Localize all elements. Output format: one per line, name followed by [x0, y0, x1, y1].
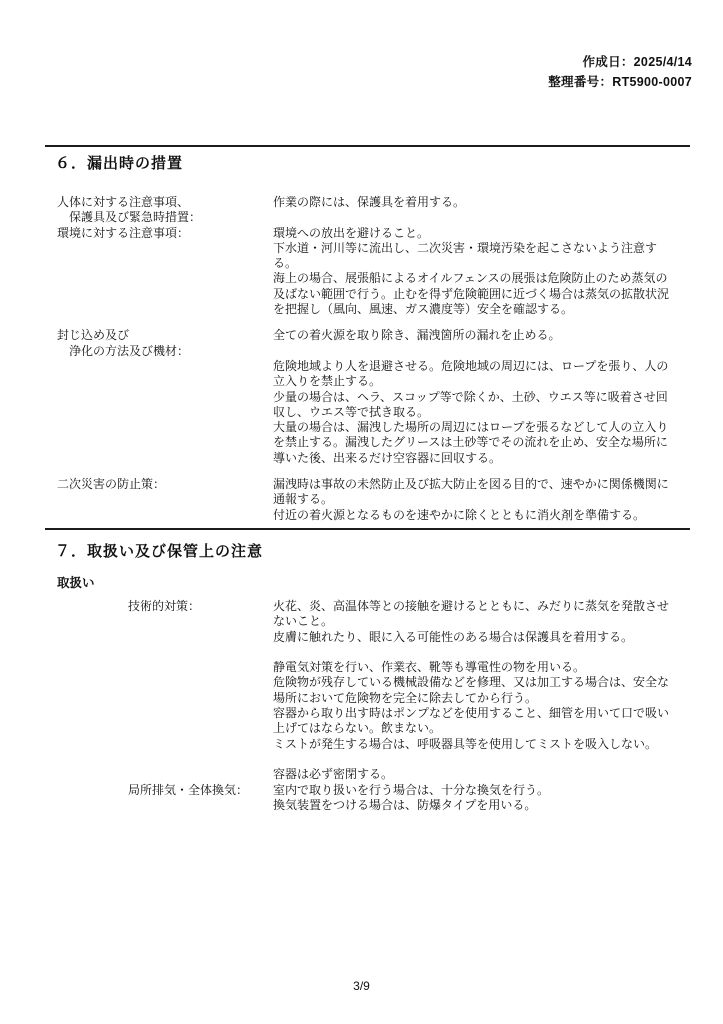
row-technical-measures: 技術的対策： 火花、炎、高温体等との接触を避けるとともに、みだりに蒸気を発散させ… [45, 599, 693, 783]
section-7-rows: 技術的対策： 火花、炎、高温体等との接触を避けるとともに、みだりに蒸気を発散させ… [45, 599, 693, 813]
section-6-title: ６．漏出時の措置 [55, 152, 693, 173]
row-value: 室内で取り扱いを行う場合は、十分な換気を行う。 換気装置をつける場合は、防爆タイ… [273, 783, 693, 814]
row-local-exhaust-ventilation: 局所排気・全体換気： 室内で取り扱いを行う場合は、十分な換気を行う。 換気装置を… [45, 783, 693, 814]
section-6-leakage-measures: ６．漏出時の措置 人体に対する注意事項、 保護具及び緊急時措置： 作業の際には、… [45, 152, 693, 523]
row-value: 火花、炎、高温体等との接触を避けるとともに、みだりに蒸気を発散させ ないこと。 … [273, 599, 693, 783]
handling-subheading: 取扱い [57, 573, 693, 591]
row-environmental-precautions: 環境に対する注意事項： 環境への放出を避けること。 下水道・河川等に流出し、二次… [45, 226, 693, 318]
row-value: 漏洩時は事故の未然防止及び拡大防止を図る目的で、速やかに関係機関に 通報する。 … [273, 477, 693, 523]
row-label: 人体に対する注意事項、 保護具及び緊急時措置： [57, 195, 273, 226]
section-7-title: ７．取扱い及び保管上の注意 [55, 540, 693, 561]
row-value: 作業の際には、保護具を着用する。 [273, 195, 693, 210]
document-header: 作成日：2025/4/14 整理番号：RT5900-0007 [548, 52, 692, 92]
row-personal-precautions: 人体に対する注意事項、 保護具及び緊急時措置： 作業の際には、保護具を着用する。 [45, 195, 693, 226]
row-label: 環境に対する注意事項： [57, 226, 273, 241]
creation-date: 作成日：2025/4/14 [548, 52, 692, 72]
row-secondary-disaster-prevention: 二次災害の防止策： 漏洩時は事故の未然防止及び拡大防止を図る目的で、速やかに関係… [45, 477, 693, 523]
reference-number: 整理番号：RT5900-0007 [548, 72, 692, 92]
section-7-handling-storage: ７．取扱い及び保管上の注意 取扱い 技術的対策： 火花、炎、高温体等との接触を避… [45, 540, 693, 813]
row-label: 封じ込め及び 浄化の方法及び機材： [57, 328, 273, 359]
sds-document-page: 作成日：2025/4/14 整理番号：RT5900-0007 ６．漏出時の措置 … [0, 0, 723, 1024]
row-label: 局所排気・全体換気： [128, 783, 273, 798]
row-containment-cleanup: 封じ込め及び 浄化の方法及び機材： 全ての着火源を取り除き、漏洩箇所の漏れを止め… [45, 328, 693, 466]
row-label: 二次災害の防止策： [57, 477, 273, 492]
section-divider-middle [45, 528, 690, 530]
row-value: 環境への放出を避けること。 下水道・河川等に流出し、二次災害・環境汚染を起こさな… [273, 226, 693, 318]
section-divider-top [45, 145, 690, 147]
row-label: 技術的対策： [128, 599, 273, 614]
row-value: 全ての着火源を取り除き、漏洩箇所の漏れを止める。 危険地域より人を退避させる。危… [273, 328, 693, 466]
section-6-rows: 人体に対する注意事項、 保護具及び緊急時措置： 作業の際には、保護具を着用する。… [45, 195, 693, 523]
page-number: 3/9 [0, 979, 723, 993]
